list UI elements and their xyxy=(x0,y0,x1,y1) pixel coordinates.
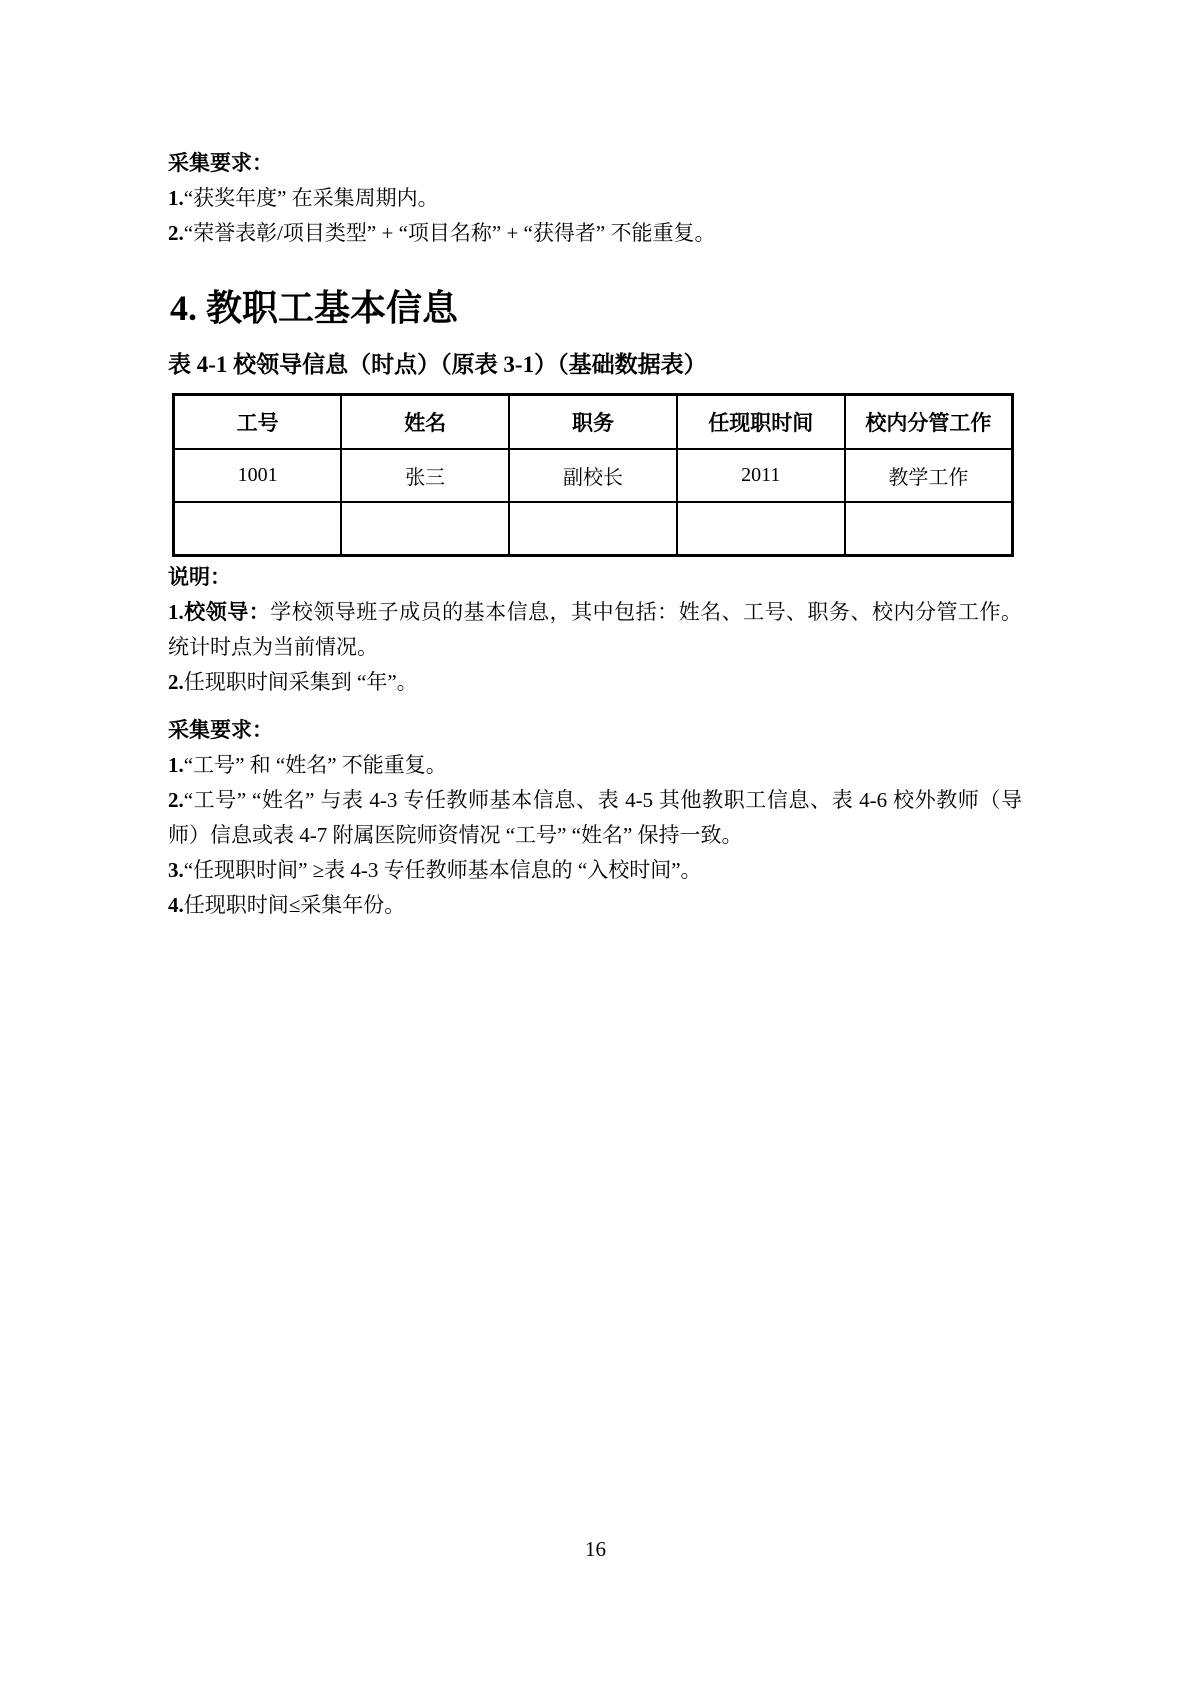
item-number: 1. xyxy=(168,186,184,210)
column-header: 姓名 xyxy=(341,395,509,450)
table-cell xyxy=(174,502,342,556)
item-text: “任现职时间” ≥表 4-3 专任教师基本信息的 “入校时间”。 xyxy=(184,858,702,882)
leader-info-table: 工号 姓名 职务 任现职时间 校内分管工作 1001 张三 副校长 2011 教… xyxy=(172,393,1014,557)
item-text: “工号” 和 “姓名” 不能重复。 xyxy=(184,753,447,777)
item-number: 4. xyxy=(168,893,184,917)
page-number: 16 xyxy=(0,1537,1191,1561)
requirement-item: 1.“工号” 和 “姓名” 不能重复。 xyxy=(168,748,1022,783)
notes-label: 说明： xyxy=(168,560,1022,595)
document-page: 采集要求： 1.“获奖年度” 在采集周期内。 2.“荣誉表彰/项目类型” + “… xyxy=(0,0,1191,1684)
table-cell xyxy=(341,502,509,556)
table-cell: 张三 xyxy=(341,449,509,502)
item-text: “荣誉表彰/项目类型” + “项目名称” + “获得者” 不能重复。 xyxy=(184,221,716,245)
table-cell xyxy=(509,502,677,556)
requirement-item: 3.“任现职时间” ≥表 4-3 专任教师基本信息的 “入校时间”。 xyxy=(168,853,1022,888)
table-cell xyxy=(845,502,1013,556)
item-text: 任现职时间采集到 “年”。 xyxy=(184,670,418,694)
item-number: 1. xyxy=(168,753,184,777)
collection-requirements-bottom-label: 采集要求： xyxy=(168,713,1022,748)
column-header: 校内分管工作 xyxy=(845,395,1013,450)
table-row xyxy=(174,502,1013,556)
note-item: 2.任现职时间采集到 “年”。 xyxy=(168,665,1022,700)
table-cell xyxy=(677,502,845,556)
collection-requirements-top: 采集要求： 1.“获奖年度” 在采集周期内。 2.“荣誉表彰/项目类型” + “… xyxy=(168,146,1022,251)
item-text: “获奖年度” 在采集周期内。 xyxy=(184,186,439,210)
item-number: 2. xyxy=(168,221,184,245)
column-header: 工号 xyxy=(174,395,342,450)
section-heading: 4. 教职工基本信息 xyxy=(170,286,1024,330)
table-row: 1001 张三 副校长 2011 教学工作 xyxy=(174,449,1013,502)
item-number: 3. xyxy=(168,858,184,882)
column-header: 任现职时间 xyxy=(677,395,845,450)
table-cell: 1001 xyxy=(174,449,342,502)
item-number: 2. xyxy=(168,670,184,694)
item-number: 1. xyxy=(168,600,184,624)
table-cell: 副校长 xyxy=(509,449,677,502)
collection-requirements-top-label: 采集要求： xyxy=(168,146,1022,181)
table-header-row: 工号 姓名 职务 任现职时间 校内分管工作 xyxy=(174,395,1013,450)
item-text: “工号” “姓名” 与表 4-3 专任教师基本信息、表 4-5 其他教职工信息、… xyxy=(168,788,1022,847)
column-header: 职务 xyxy=(509,395,677,450)
item-term: 校领导： xyxy=(184,600,270,624)
requirement-item: 2.“工号” “姓名” 与表 4-3 专任教师基本信息、表 4-5 其他教职工信… xyxy=(168,783,1022,853)
requirement-item: 1.“获奖年度” 在采集周期内。 xyxy=(168,181,1022,216)
notes-block: 说明： 1.校领导：学校领导班子成员的基本信息，其中包括：姓名、工号、职务、校内… xyxy=(168,560,1022,700)
requirement-item: 4.任现职时间≤采集年份。 xyxy=(168,888,1022,923)
item-text: 学校领导班子成员的基本信息，其中包括：姓名、工号、职务、校内分管工作。统计时点为… xyxy=(168,600,1022,659)
table-cell: 教学工作 xyxy=(845,449,1013,502)
table-caption: 表 4-1 校领导信息（时点）（原表 3-1）（基础数据表） xyxy=(168,350,1022,380)
table-cell: 2011 xyxy=(677,449,845,502)
requirement-item: 2.“荣誉表彰/项目类型” + “项目名称” + “获得者” 不能重复。 xyxy=(168,216,1022,251)
collection-requirements-bottom: 采集要求： 1.“工号” 和 “姓名” 不能重复。 2.“工号” “姓名” 与表… xyxy=(168,713,1022,923)
item-text: 任现职时间≤采集年份。 xyxy=(184,893,406,917)
note-item: 1.校领导：学校领导班子成员的基本信息，其中包括：姓名、工号、职务、校内分管工作… xyxy=(168,595,1022,665)
item-number: 2. xyxy=(168,788,184,812)
